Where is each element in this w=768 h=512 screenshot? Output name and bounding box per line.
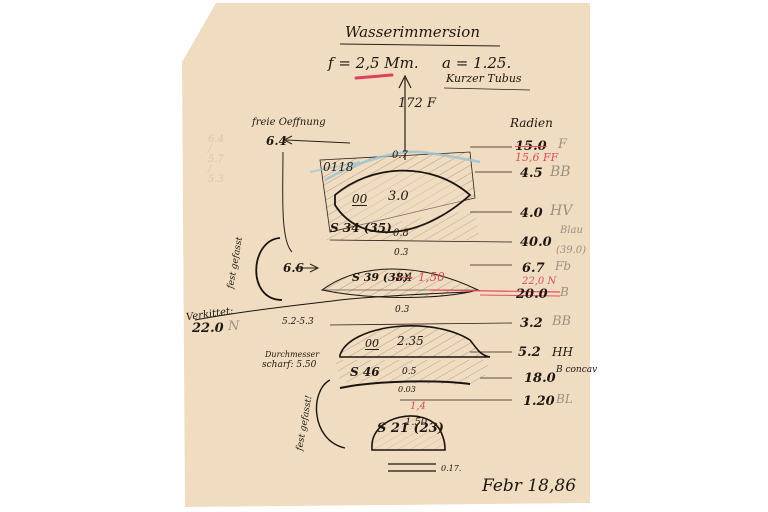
document-date: Febr 18,86 [482,478,576,495]
radius-8: 5.2 [518,346,541,359]
gap-2: 0.3 [395,306,409,315]
radii-header: Radien [510,117,553,129]
radius-5-correction: 22,0 N [522,277,556,287]
radius-4-glass: Blau [560,226,583,236]
radius-7-glass: BB [552,315,571,328]
tube-note: Kurzer Tubus [446,73,522,84]
third-lens-thickness: 2.35 [397,335,424,347]
mid-diameter: 6.6 [283,262,304,274]
radius-5-glass: Fb [555,260,571,272]
free-aperture-label: freie Oeffnung [252,118,326,128]
radius-3: 4.0 [520,207,543,220]
gap-3: 0.03 [398,386,416,394]
second-thickness-old: 1.4 [395,272,413,283]
front-s-label: S 34 (35) [330,222,392,234]
third-s-thickness: 0.5 [402,368,416,377]
front-group-thickness: 0.7 [392,151,408,161]
radius-2-glass: BB [550,165,571,179]
radius-10: 1.20 [523,395,555,408]
last-thickness-red: 1,4 [410,402,426,412]
radius-2: 4.5 [520,167,543,180]
gap-1: 0.3 [394,249,408,258]
third-s-label: S 46 [350,366,380,378]
radius-8-glass: HH [552,346,573,358]
durchmesser-label: Durchmesser [265,351,319,359]
front-lens-thickness: 3.0 [388,190,409,203]
free-aperture-value: 6.4 [266,135,287,147]
radius-10-glass: BL [556,393,573,405]
radius-1-correction: 15,6 FF [515,152,558,163]
radius-9-glass: B concav [556,366,597,375]
radius-4-note: (39.0) [556,246,586,256]
tube-length: 172 F [398,97,436,110]
faint-pencil-numbers: 6.4 / 5.7 / 5.3 [208,135,230,185]
radius-1-glass: F [558,138,567,151]
front-group-top-label: 0118 [323,161,354,173]
verkittet-value: 22.0 [192,322,224,335]
radius-6-glass: B [560,286,569,298]
cover-glass-thickness: 0.17. [441,465,461,473]
radius-7: 3.2 [520,317,543,330]
second-thickness-new: 1,50 [418,271,445,283]
front-s-thickness: 0.8 [393,229,409,239]
focal-length: f = 2,5 Mm. [328,56,419,71]
range-note: 5.2-5.3 [282,318,314,327]
radius-4: 40.0 [520,236,552,249]
durchmesser-value: scharf: 5.50 [262,361,316,370]
document-title: Wasserimmersion [345,25,480,40]
radius-9: 18.0 [524,372,556,385]
radius-6-struck: 20.0 [516,288,548,301]
aperture-value: a = 1.25. [442,56,511,71]
radius-5: 6.7 [522,262,545,275]
verkittet-glass: N [228,320,239,333]
radius-3-glass: HV [550,204,572,218]
last-thickness: 1.50 [405,418,427,428]
third-lens-glass: 00 [365,338,379,350]
front-lens-glass: 00 [352,193,367,206]
